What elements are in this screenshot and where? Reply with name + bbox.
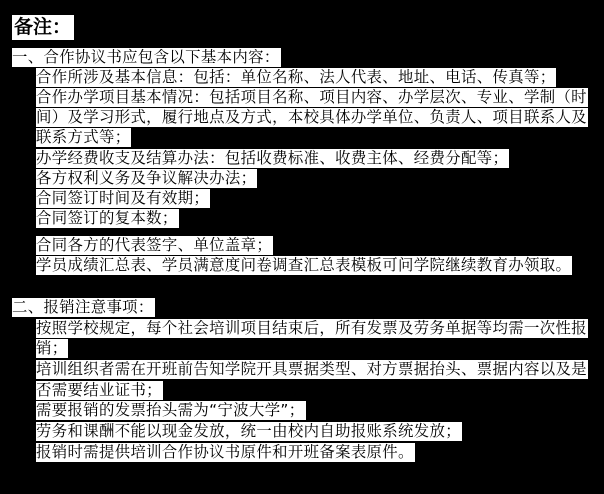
- agreement-item-rights: 各方权利义务及争议解决办法；: [36, 169, 257, 188]
- reimbursement-item-invoice-type-cont: 否需要结业证书；: [36, 381, 163, 400]
- reimbursement-item-invoice-type: 培训组织者需在开班前告知学院开具票据类型、对方票据抬头、票据内容以及是: [36, 360, 588, 379]
- agreement-item-signing-time: 合同签订时间及有效期；: [36, 189, 210, 208]
- agreement-item-copies: 合同签订的复本数；: [36, 209, 179, 228]
- reimbursement-item-invoice-header: 需要报销的发票抬头需为“宁波大学”；: [36, 401, 306, 420]
- reimbursement-item-labor-fees: 劳务和课酬不能以现金发放，统一由校内自助报账系统发放；: [36, 422, 462, 441]
- section-heading-reimbursement: 二、报销注意事项：: [12, 298, 155, 317]
- notes-title: 备注：: [12, 15, 74, 40]
- agreement-item-project-info-cont2: 联系方式等；: [36, 128, 131, 147]
- section-heading-agreement: 一、合作协议书应包含以下基本内容：: [12, 48, 281, 67]
- reimbursement-item-originals: 报销时需提供培训合作协议书原件和开班备案表原件。: [36, 443, 415, 462]
- agreement-item-basic-info: 合作所涉及基本信息：包括：单位名称、法人代表、地址、电话、传真等；: [36, 68, 556, 87]
- agreement-item-funding: 办学经费收支及结算办法：包括收费标准、收费主体、经费分配等；: [36, 149, 509, 168]
- agreement-item-templates: 学员成绩汇总表、学员满意度问卷调查汇总表模板可问学院继续教育办领取。: [36, 256, 572, 275]
- document-page: 备注： 一、合作协议书应包含以下基本内容： 合作所涉及基本信息：包括：单位名称、…: [0, 0, 604, 494]
- agreement-item-signatures: 合同各方的代表签字、单位盖章；: [36, 236, 273, 255]
- agreement-item-project-info: 合作办学项目基本情况：包括项目名称、项目内容、办学层次、专业、学制（时: [36, 88, 588, 107]
- reimbursement-item-one-time: 按照学校规定，每个社会培训项目结束后，所有发票及劳务单据等均需一次性报: [36, 319, 588, 338]
- agreement-item-project-info-cont: 间）及学习形式，履行地点及方式，本校具体办学单位、负责人、项目联系人及: [36, 108, 588, 127]
- reimbursement-item-one-time-cont: 销；: [36, 339, 68, 358]
